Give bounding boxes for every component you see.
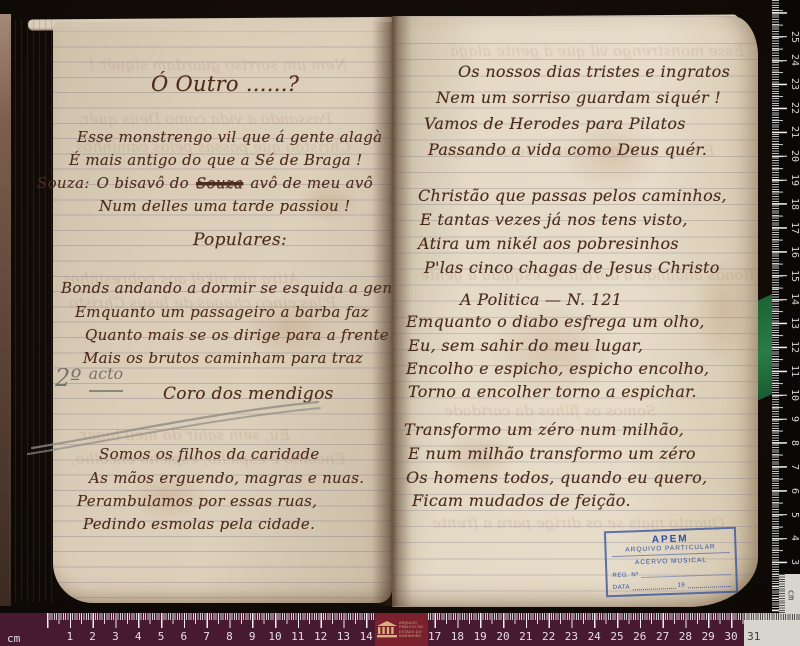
poem-line: Num delles uma tarde passiou ! [99,197,350,215]
ruler-number: 30 [723,630,739,643]
ruler-number: 17 [427,630,443,643]
ruler-number: 3 [786,554,800,570]
ruler-number: 27 [655,630,671,643]
ruler-number: 9 [786,411,800,427]
stamp-fill-line [633,582,676,590]
poem-line: Somos os filhos da caridade [99,445,320,463]
poem-line: Emquanto o diabo esfrega um olho, [406,312,705,331]
ruler-number: 10 [267,630,283,643]
poem-line: Bonds andando a dormir se esquida a gent… [61,279,408,297]
poem-line: E tantas vezes já nos tens visto, [420,210,688,229]
poem-line: Atira um nikél aos pobresinhos [418,234,679,253]
ruler-number: 14 [358,630,374,643]
ruler-number: 19 [786,172,800,188]
scribbled-out-word: Souza [196,174,243,192]
ruler-number: 31 [746,630,762,643]
poem-line: Ficam mudados de feição. [412,491,631,510]
ruler-number: 23 [786,76,800,92]
poem-line: Emquanto um passageiro a barba faz [75,303,369,321]
ruler-number: 4 [786,530,800,546]
poem-line: Transformo um zéro num milhão, [404,420,684,439]
bleedthrough-text: Eu, sem sahir do meu lugar, [77,426,290,444]
stamp-year-prefix: 19 [677,583,685,589]
bleedthrough-text: Esse monstrengo vil que á gente alagà [450,42,744,60]
ruler-number: 12 [786,339,800,355]
poem-line: Christão que passas pelos caminhos, [418,186,727,205]
ruler-number: 21 [786,124,800,140]
ruler-number: 15 [786,268,800,284]
ruler-number: 17 [786,220,800,236]
ruler-number: 5 [786,507,800,523]
ruler-number: 24 [586,630,602,643]
bottom-scale-ruler: cm 1234567891011121314151617181920212223… [0,613,800,646]
ruler-number: 2 [85,630,101,643]
speaker-margin-note: Souza: [37,174,90,192]
ruler-corner-piece-right: cm [779,574,800,614]
poem-line: Vamos de Herodes para Pilatos [424,114,686,133]
section-heading-politica: A Politica — N. 121 [460,290,622,309]
poem-line: Esse monstrengo vil que á gente alagà [77,128,382,146]
section-heading-coro: Coro dos mendigos [163,384,334,404]
ruler-number: 22 [541,630,557,643]
ruler-number: 18 [786,196,800,212]
ruler-number: 19 [472,630,488,643]
ruler-number: 12 [313,630,329,643]
ruler-number: 20 [495,630,511,643]
pencil-act-number: 2º [55,364,82,392]
ruler-number: 16 [786,244,800,260]
page-stack-fore-edge [9,20,57,602]
poem-line: Eu, sem sahir do meu lugar, [408,336,643,355]
poem-line: Torno a encolher torno a espichar. [408,382,697,401]
ruler-number: 9 [244,630,260,643]
stamp-fill-line [642,568,731,578]
ruler-number: 7 [199,630,215,643]
ruler-unit-label: cm [785,590,795,601]
poem-line: É mais antigo do que a Sé de Braga ! [69,151,362,169]
poem-line: Pedindo esmolas pela cidade. [83,515,315,533]
archive-logo-text: ARQUIVO PÚBLICO DO ESTADO DO MARANHÃO [399,621,426,638]
left-page: Nem um sorriso guardam siquér ! Passando… [53,22,392,603]
ruler-cm-ticks [772,0,787,612]
poem-line-text: O bisavô do [97,174,189,192]
ruler-number: 18 [449,630,465,643]
poem-line: Mais os brutos caminham para traz [83,349,363,367]
poem-line-text: avô de meu avô [250,174,373,192]
ruler-number: 26 [632,630,648,643]
stamp-date-row: DATA 19 [613,580,731,591]
ruler-number: 6 [176,630,192,643]
pencil-act-word: acto [89,364,124,392]
ruler-number: 23 [563,630,579,643]
stamp-line-acervo-musical: ACERVO MUSICAL [612,556,730,567]
poem-line: Encolho e espicho, espicho encolho, [406,359,709,378]
ruler-number: 11 [786,363,800,379]
ruler-number: 10 [786,387,800,403]
manuscript-photo-scene: Nem um sorriso guardam siquér ! Passando… [0,0,800,646]
archive-logo-block: ARQUIVO PÚBLICO DO ESTADO DO MARANHÃO [375,613,428,646]
ruler-number: 29 [700,630,716,643]
ruler-number: 28 [677,630,693,643]
right-page: Esse monstrengo vil que á gente alagà É … [392,16,758,607]
ruler-number: 7 [786,459,800,475]
poem-line: P'las cinco chagas de Jesus Christo [424,258,720,277]
ruler-number: 24 [786,52,800,68]
poem-line: Passando a vida como Deus quér. [428,140,707,159]
poem-line: Os homens todos, quando eu quero, [406,468,707,487]
section-heading-populares: Populares: [193,230,287,250]
ruler-number: 21 [518,630,534,643]
ruler-number: 3 [107,630,123,643]
ruler-number: 13 [786,315,800,331]
ruler-number: 22 [786,100,800,116]
ruler-number: 8 [786,435,800,451]
pencil-annotation: 2º acto [55,364,123,392]
ruler-number: 6 [786,483,800,499]
ruler-number: 13 [335,630,351,643]
ruler-number: 11 [290,630,306,643]
poem-line: Nem um sorriso guardam siquér ! [436,88,721,107]
poem-line: Perambulamos por essas ruas, [77,492,317,510]
ruler-number: 1 [62,630,78,643]
poem-line: E num milhão transformo um zéro [408,444,696,463]
ruler-number: 14 [786,291,800,307]
archive-stamp: APEM ARQUIVO PARTICULAR ACERVO MUSICAL R… [604,527,738,598]
ruler-number: 8 [221,630,237,643]
ruler-number: 25 [786,29,800,45]
ruler-number: 20 [786,148,800,164]
poem-title: Ó Outro ......? [151,72,299,96]
stamp-reg-row: REG. Nº [612,568,730,579]
ruler-number: 25 [609,630,625,643]
poem-line: Os nossos dias tristes e ingratos [458,62,730,81]
ruler-number: 4 [130,630,146,643]
poem-line: As mãos erguendo, magras e nuas. [89,469,364,487]
poem-line: Souza: O bisavô do Souza avô de meu avô [37,174,373,192]
bleedthrough-text: Passando a vida como Deus quér. [79,110,332,128]
stamp-reg-label: REG. Nº [612,572,639,579]
archive-building-icon [377,621,397,638]
bleedthrough-text: Somos os filhos da caridade [444,402,656,420]
stamp-fill-line [688,580,731,588]
right-scale-ruler: 1234567891011121314151617181920212223242… [772,0,800,612]
ruler-number: 5 [153,630,169,643]
stamp-date-label: DATA [613,584,630,591]
poem-line: Quanto mais se os dirige para a frente [85,326,389,344]
